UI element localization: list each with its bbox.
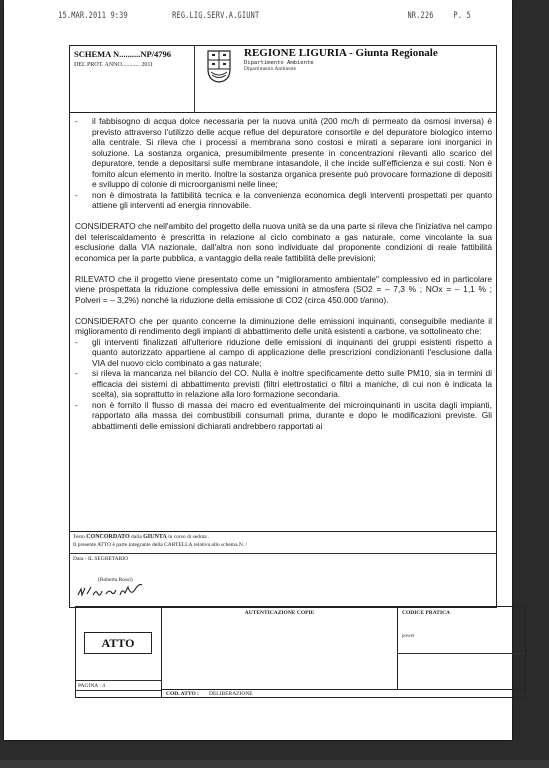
testo-giunta-label: GIUNTA: [143, 534, 167, 540]
fax-datetime: 15.MAR.2011 9:39: [58, 11, 128, 21]
bullet-dash: -: [75, 400, 92, 432]
bullet-text: non è fornito il flusso di massa dei mac…: [92, 400, 492, 432]
fax-page-number: P. 5: [453, 11, 470, 21]
fax-sender: REG.LIG.SERV.A.GIUNT: [172, 11, 259, 21]
fax-number: NR.226: [407, 11, 433, 21]
bullet-text: non è dimostrata la fattibilità tecnica …: [92, 190, 492, 211]
approval-block: Testo CONCORDATO dalla GIUNTA in corso d…: [70, 531, 496, 610]
bullet-item: - il fabbisogno di acqua dolce necessari…: [75, 116, 492, 190]
atto-label: ATTO: [84, 632, 152, 654]
testo-prefix: Testo: [73, 534, 86, 540]
testo-mid: dalla: [130, 534, 143, 540]
divider: [76, 690, 161, 691]
bullet-text: si rileva la mancanza nel bilancio del C…: [92, 368, 492, 400]
codice-pratica-label: CODICE PRATICA: [402, 610, 450, 616]
schema-number: SCHEMA N..........NP/4796: [74, 49, 190, 59]
viewer-bottom-bar: [0, 760, 549, 768]
region-title: REGIONE LIGURIA - Giunta Regionale: [244, 47, 438, 59]
bullet-item: - non è dimostrata la fattibilità tecnic…: [75, 190, 492, 211]
bullet-dash: -: [75, 190, 92, 211]
autenticazione-cell: AUTENTICAZIONE COPIE: [162, 607, 398, 689]
document-frame: SCHEMA N..........NP/4796 DEL PROT. ANNO…: [69, 45, 497, 608]
testo-suffix: in corso di seduta .: [167, 534, 210, 540]
divider: [398, 653, 525, 654]
atto-cell: ATTO PAGINA : 4: [76, 607, 162, 697]
bullet-text: il fabbisogno di acqua dolce necessaria …: [92, 116, 492, 190]
region-coat-of-arms-icon: [206, 49, 232, 83]
bullet-item: - non è fornito il flusso di massa dei m…: [75, 400, 492, 432]
codice-pratica-cell: CODICE PRATICA power: [398, 607, 525, 689]
testo-concordato: Testo CONCORDATO dalla GIUNTA in corso d…: [73, 534, 209, 540]
codice-pratica-value: power: [402, 634, 415, 639]
autenticazione-label: AUTENTICAZIONE COPIE: [162, 610, 397, 616]
bullet-dash: -: [75, 368, 92, 400]
atto-box: ATTO PAGINA : 4 AUTENTICAZIONE COPIE COD…: [75, 606, 526, 698]
presente-atto: Il presente ATTO è parte integrante dell…: [73, 542, 247, 548]
bullet-dash: -: [75, 337, 92, 369]
cod-atto-value: DELIBERAZIONE: [209, 691, 253, 697]
bullet-dash: -: [75, 116, 92, 190]
cod-atto-label: COD. ATTO :: [166, 691, 199, 697]
page-number: PAGINA : 4: [78, 683, 105, 689]
testo-concordato-label: CONCORDATO: [86, 534, 129, 540]
bullet-item: - gli interventi finalizzati all'ulterio…: [75, 337, 492, 369]
document-body: - il fabbisogno di acqua dolce necessari…: [70, 113, 496, 531]
prot-anno: DEL PROT. ANNO............ 2011: [74, 62, 190, 68]
divider: [162, 689, 525, 690]
bullet-text: gli interventi finalizzati all'ulteriore…: [92, 337, 492, 369]
divider: [76, 680, 161, 681]
footer-divider: [70, 553, 496, 554]
paragraph-rilevato: RILEVATO che il progetto viene presentat…: [75, 274, 492, 306]
region-header: REGIONE LIGURIA - Giunta Regionale Dipar…: [196, 46, 496, 112]
cod-atto: COD. ATTO :DELIBERAZIONE: [166, 691, 253, 697]
bullet-item: - si rileva la mancanza nel bilancio del…: [75, 368, 492, 400]
department-line-2: Dipartimento Ambiente: [244, 66, 296, 72]
handwritten-signature-icon: [76, 579, 156, 601]
paragraph-considerato-1: CONSIDERATO che nell'ambito del progetto…: [75, 221, 492, 263]
schema-box: SCHEMA N..........NP/4796 DEL PROT. ANNO…: [70, 46, 195, 112]
fax-page: 15.MAR.2011 9:39 REG.LIG.SERV.A.GIUNT NR…: [4, 0, 512, 740]
data-segretario: Data - IL SEGRETARIO: [73, 556, 128, 562]
paragraph-considerato-2: CONSIDERATO che per quanto concerne la d…: [75, 316, 492, 337]
